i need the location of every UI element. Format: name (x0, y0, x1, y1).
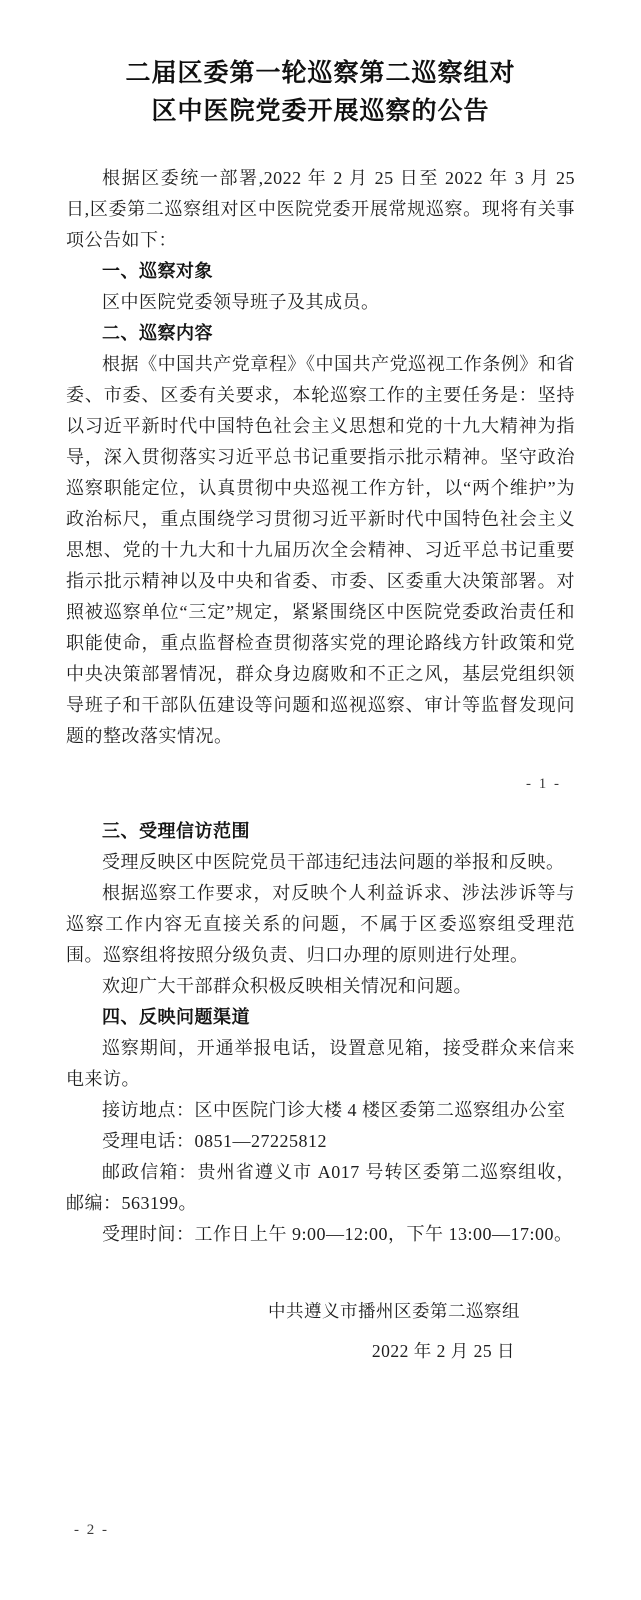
para-petition-scope: 受理反映区中医院党员干部违纪违法问题的举报和反映。 (66, 847, 575, 878)
para-welcome-feedback: 欢迎广大干部群众积极反映相关情况和问题。 (66, 971, 575, 1002)
doc-title: 二届区委第一轮巡察第二巡察组对 区中医院党委开展巡察的公告 (66, 55, 575, 131)
para-phone-number: 受理电话：0851—27225812 (66, 1126, 575, 1157)
section-heading-2: 二、巡察内容 (66, 318, 575, 349)
para-inspection-target: 区中医院党委领导班子及其成员。 (66, 287, 575, 318)
para-visit-address: 接访地点：区中医院门诊大楼 4 楼区委第二巡察组办公室 (66, 1095, 575, 1126)
para-intro: 根据区委统一部署,2022 年 2 月 25 日至 2022 年 3 月 25 … (66, 163, 575, 256)
signature-org: 中共遵义市播州区委第二巡察组 (66, 1296, 575, 1327)
section-heading-1: 一、巡察对象 (66, 256, 575, 287)
section-heading-4: 四、反映问题渠道 (66, 1002, 575, 1033)
page-2-number: - 2 - (74, 1522, 109, 1539)
para-mailbox-address: 邮政信箱：贵州省遵义市 A017 号转区委第二巡察组收，邮编：563199。 (66, 1157, 575, 1219)
para-office-hours: 受理时间：工作日上午 9:00—12:00，下午 13:00—17:00。 (66, 1219, 575, 1250)
para-petition-handling: 根据巡察工作要求，对反映个人利益诉求、涉法涉诉等与巡察工作内容无直接关系的问题，… (66, 878, 575, 971)
para-channels-intro: 巡察期间，开通举报电话，设置意见箱，接受群众来信来电来访。 (66, 1033, 575, 1095)
section-heading-3: 三、受理信访范围 (66, 816, 575, 847)
signature-block: 中共遵义市播州区委第二巡察组 2022 年 2 月 25 日 (66, 1296, 575, 1367)
doc-title-line-1: 二届区委第一轮巡察第二巡察组对 (125, 60, 515, 87)
doc-title-line-2: 区中医院党委开展巡察的公告 (151, 98, 489, 125)
signature-date: 2022 年 2 月 25 日 (66, 1336, 575, 1367)
para-inspection-content: 根据《中国共产党章程》《中国共产党巡视工作条例》和省委、市委、区委有关要求，本轮… (66, 349, 575, 752)
page-1-number: - 1 - (526, 776, 561, 793)
announcement-document-page: 二届区委第一轮巡察第二巡察组对 区中医院党委开展巡察的公告 根据区委统一部署,2… (0, 0, 641, 1600)
